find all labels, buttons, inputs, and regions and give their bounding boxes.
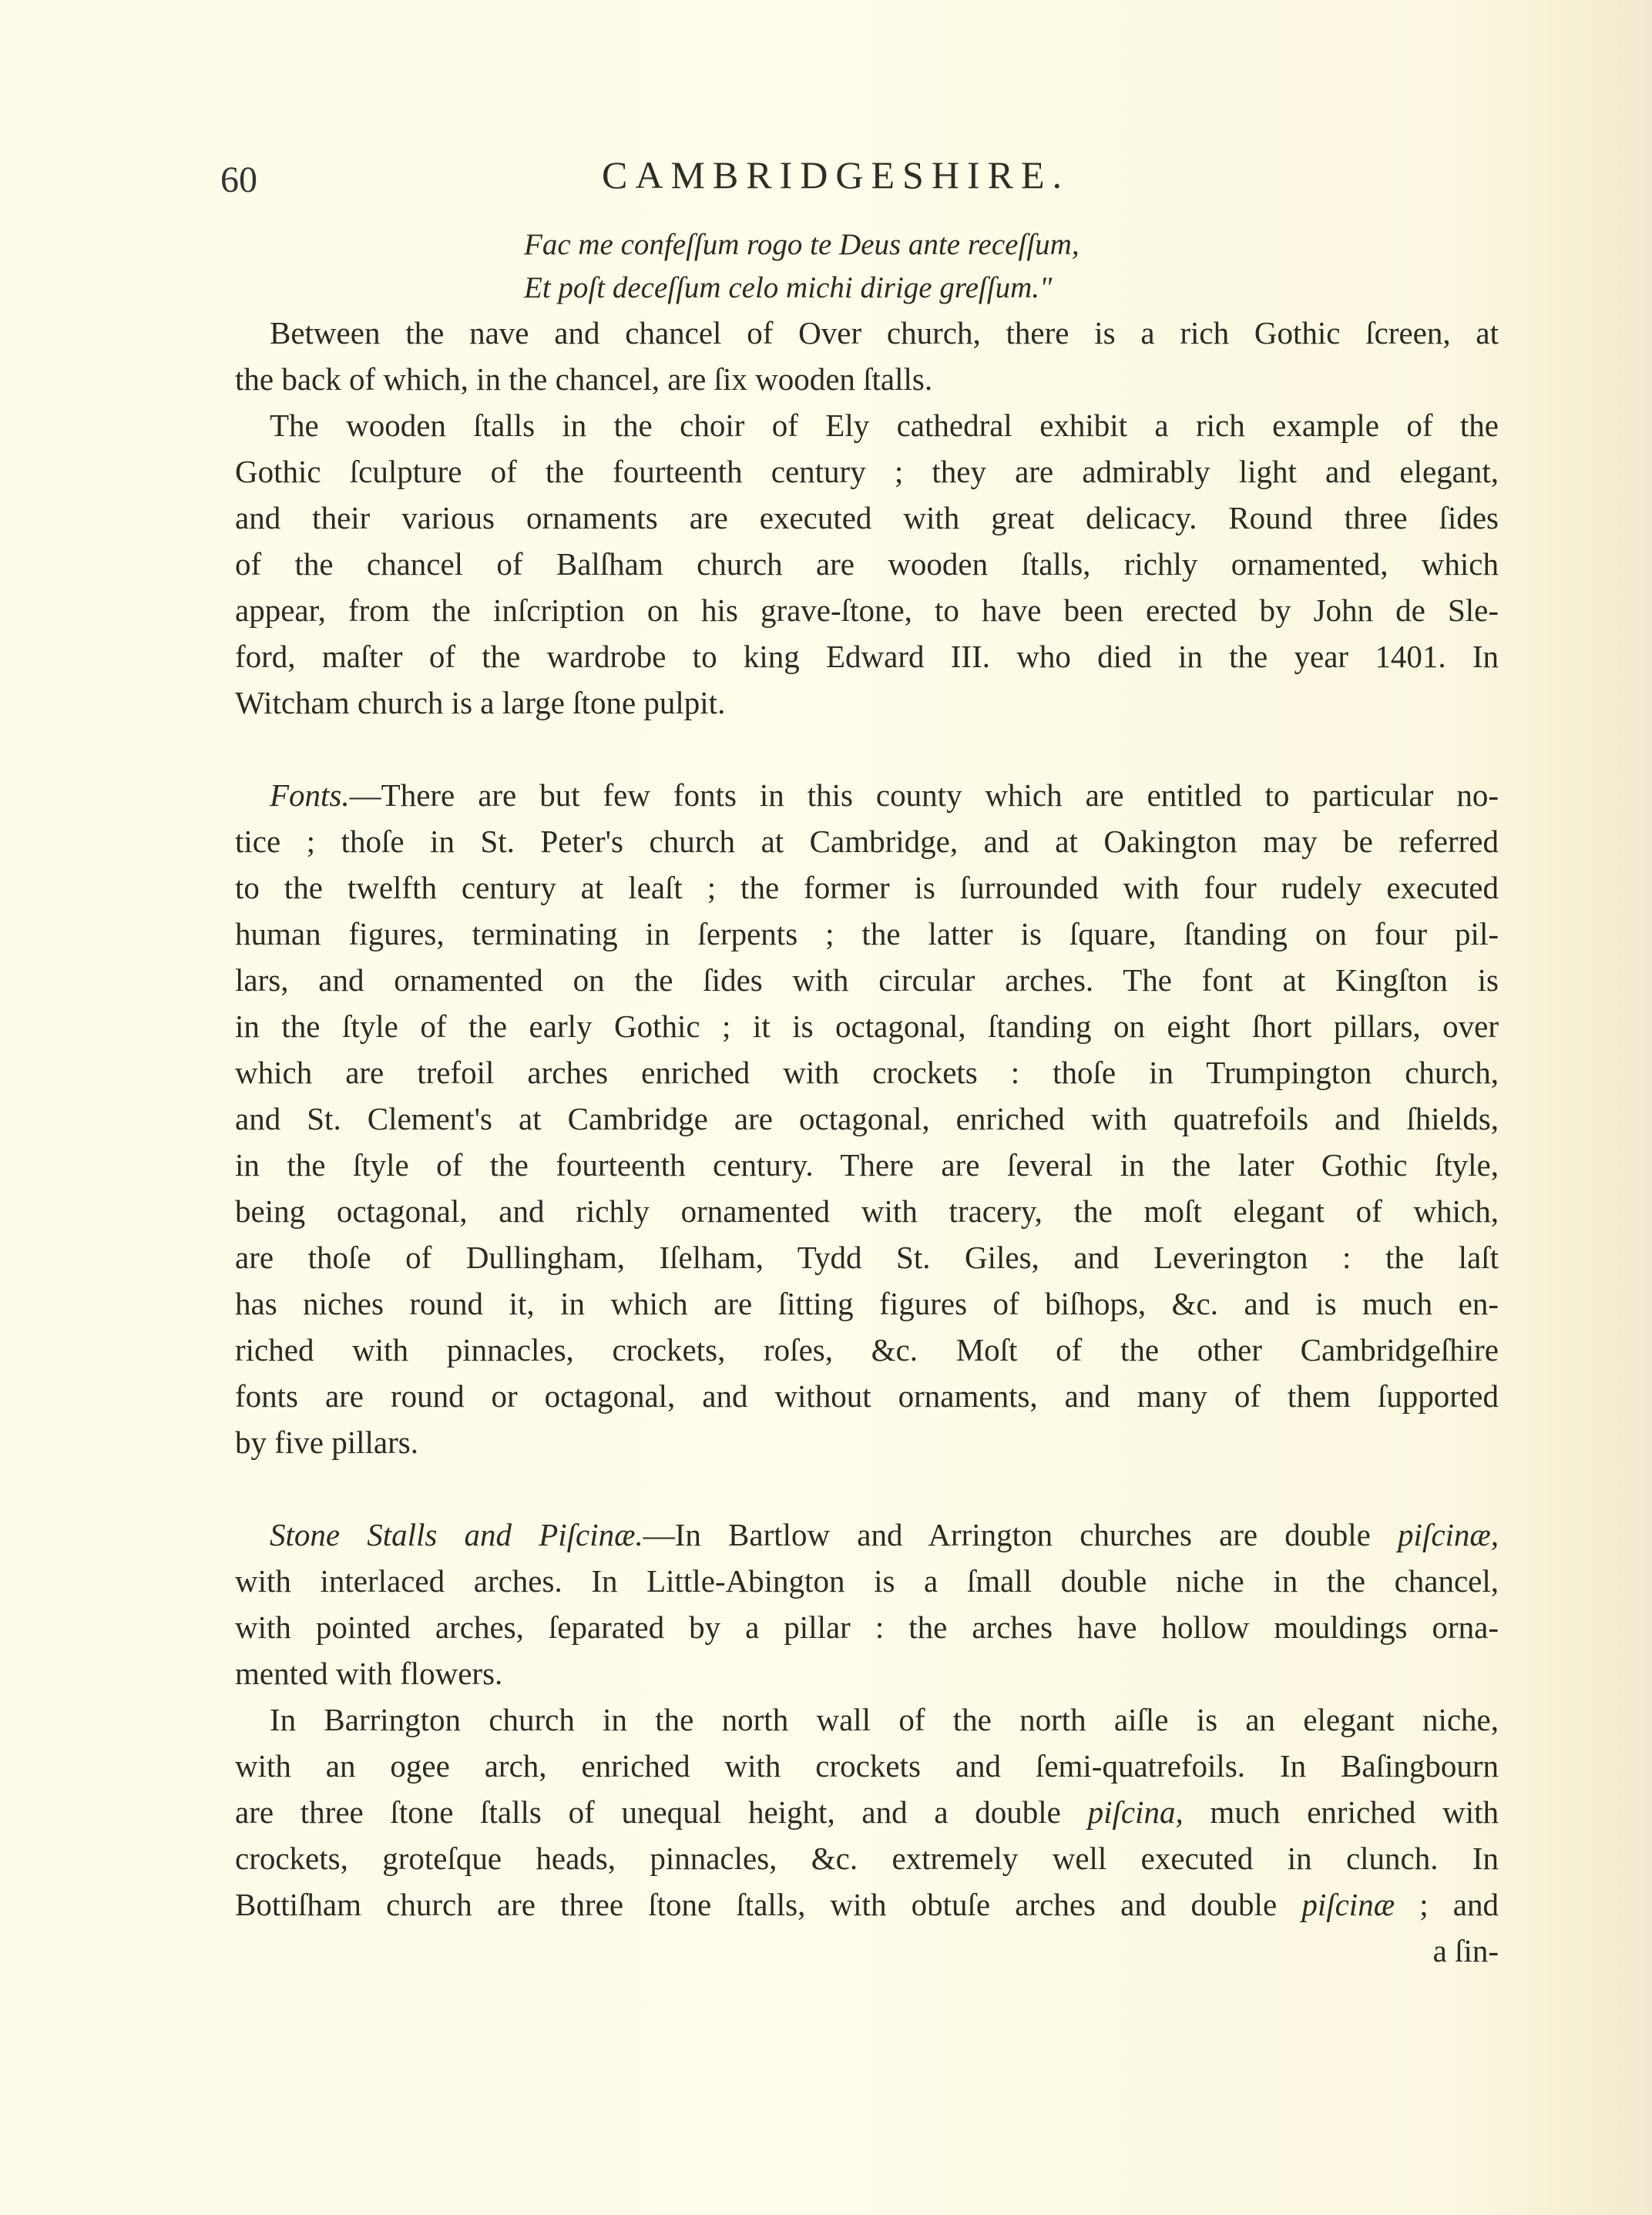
section-stone-stalls: Stone Stalls and Piſcinæ.—In Bartlow and… xyxy=(235,1512,1499,1696)
text-line: with interlaced arches. In Little-Abingt… xyxy=(235,1558,1499,1604)
latin-verse: Fac me confeſſum rogo te Deus ante receſ… xyxy=(235,223,1499,310)
text-line: has niches round it, in which are ſittin… xyxy=(235,1280,1499,1327)
italic-term: piſcina, xyxy=(1088,1794,1184,1830)
verse-line: Et poſt deceſſum celo michi dirige greſſ… xyxy=(235,267,1499,310)
italic-term: piſcinæ, xyxy=(1398,1517,1499,1552)
text-line: being octagonal, and richly ornamented w… xyxy=(235,1188,1499,1234)
text-run: —In Bartlow and Arrington churches are d… xyxy=(643,1517,1398,1552)
verse-line: Fac me confeſſum rogo te Deus ante receſ… xyxy=(235,223,1499,267)
catchword: a ſin- xyxy=(235,1928,1499,1974)
section-gap xyxy=(235,1465,1499,1512)
text-line: are thoſe of Dullingham, Iſelham, Tydd S… xyxy=(235,1234,1499,1280)
text-line: and their various ornaments are executed… xyxy=(235,495,1499,541)
text-run: much enriched with xyxy=(1184,1794,1499,1830)
text-run: are three ſtone ſtalls of unequal height… xyxy=(235,1794,1088,1830)
text-line: by five pillars. xyxy=(235,1419,1499,1465)
text-line: and St. Clement's at Cambridge are octag… xyxy=(235,1096,1499,1142)
text-line: with an ogee arch, enriched with crocket… xyxy=(235,1743,1499,1789)
page-header: 60 CAMBRIDGESHIRE. xyxy=(220,153,1530,206)
text-line: tice ; thoſe in St. Peter's church at Ca… xyxy=(235,818,1499,864)
text-run: ; and xyxy=(1395,1887,1499,1922)
section-fonts: Fonts.—There are but few fonts in this c… xyxy=(235,772,1499,1465)
text-line: fonts are round or octagonal, and withou… xyxy=(235,1373,1499,1419)
section-gap xyxy=(235,726,1499,772)
text-line: Stone Stalls and Piſcinæ.—In Bartlow and… xyxy=(235,1512,1499,1558)
text-line: Fonts.—There are but few fonts in this c… xyxy=(235,772,1499,818)
paragraph-ely-stalls: The wooden ſtalls in the choir of Ely ca… xyxy=(235,402,1499,726)
text-run: Bottiſham church are three ſtone ſtalls,… xyxy=(235,1887,1301,1922)
text-line: appear, from the inſcription on his grav… xyxy=(235,587,1499,633)
text-line: The wooden ſtalls in the choir of Ely ca… xyxy=(235,402,1499,448)
text-line: lars, and ornamented on the ſides with c… xyxy=(235,957,1499,1003)
paragraph-over-church: Between the nave and chancel of Over chu… xyxy=(235,310,1499,402)
text-line: Witcham church is a large ſtone pulpit. xyxy=(235,680,1499,726)
text-line: Between the nave and chancel of Over chu… xyxy=(235,310,1499,356)
text-line: in the ſtyle of the early Gothic ; it is… xyxy=(235,1003,1499,1049)
text-line: ford, maſter of the wardrobe to king Edw… xyxy=(235,633,1499,680)
page-number: 60 xyxy=(220,159,257,201)
text-line: riched with pinnacles, crockets, roſes, … xyxy=(235,1327,1499,1373)
book-page: 60 CAMBRIDGESHIRE. Fac me confeſſum rogo… xyxy=(0,0,1652,2215)
page-body: Fac me confeſſum rogo te Deus ante receſ… xyxy=(235,223,1499,1974)
section-heading: Fonts. xyxy=(270,777,350,813)
text-line: which are trefoil arches enriched with c… xyxy=(235,1049,1499,1096)
text-line: the back of which, in the chancel, are ſ… xyxy=(235,356,1499,402)
text-line: of the chancel of Balſham church are woo… xyxy=(235,541,1499,587)
text-line: are three ſtone ſtalls of unequal height… xyxy=(235,1789,1499,1835)
text-line: In Barrington church in the north wall o… xyxy=(235,1696,1499,1743)
text-line: Gothic ſculpture of the fourteenth centu… xyxy=(235,448,1499,495)
text-line: with pointed arches, ſeparated by a pill… xyxy=(235,1604,1499,1650)
text-line: Bottiſham church are three ſtone ſtalls,… xyxy=(235,1881,1499,1928)
italic-term: piſcinæ xyxy=(1301,1887,1395,1922)
paragraph-barrington: In Barrington church in the north wall o… xyxy=(235,1696,1499,1928)
text-line: crockets, groteſque heads, pinnacles, &c… xyxy=(235,1835,1499,1881)
text-line: to the twelfth century at leaſt ; the fo… xyxy=(235,864,1499,911)
section-heading: Stone Stalls and Piſcinæ. xyxy=(270,1517,643,1552)
text-run: —There are but few fonts in this county … xyxy=(350,777,1499,813)
text-line: human figures, terminating in ſerpents ;… xyxy=(235,911,1499,957)
running-head: CAMBRIDGESHIRE. xyxy=(602,153,1069,197)
text-line: in the ſtyle of the fourteenth century. … xyxy=(235,1142,1499,1188)
text-line: mented with flowers. xyxy=(235,1650,1499,1696)
